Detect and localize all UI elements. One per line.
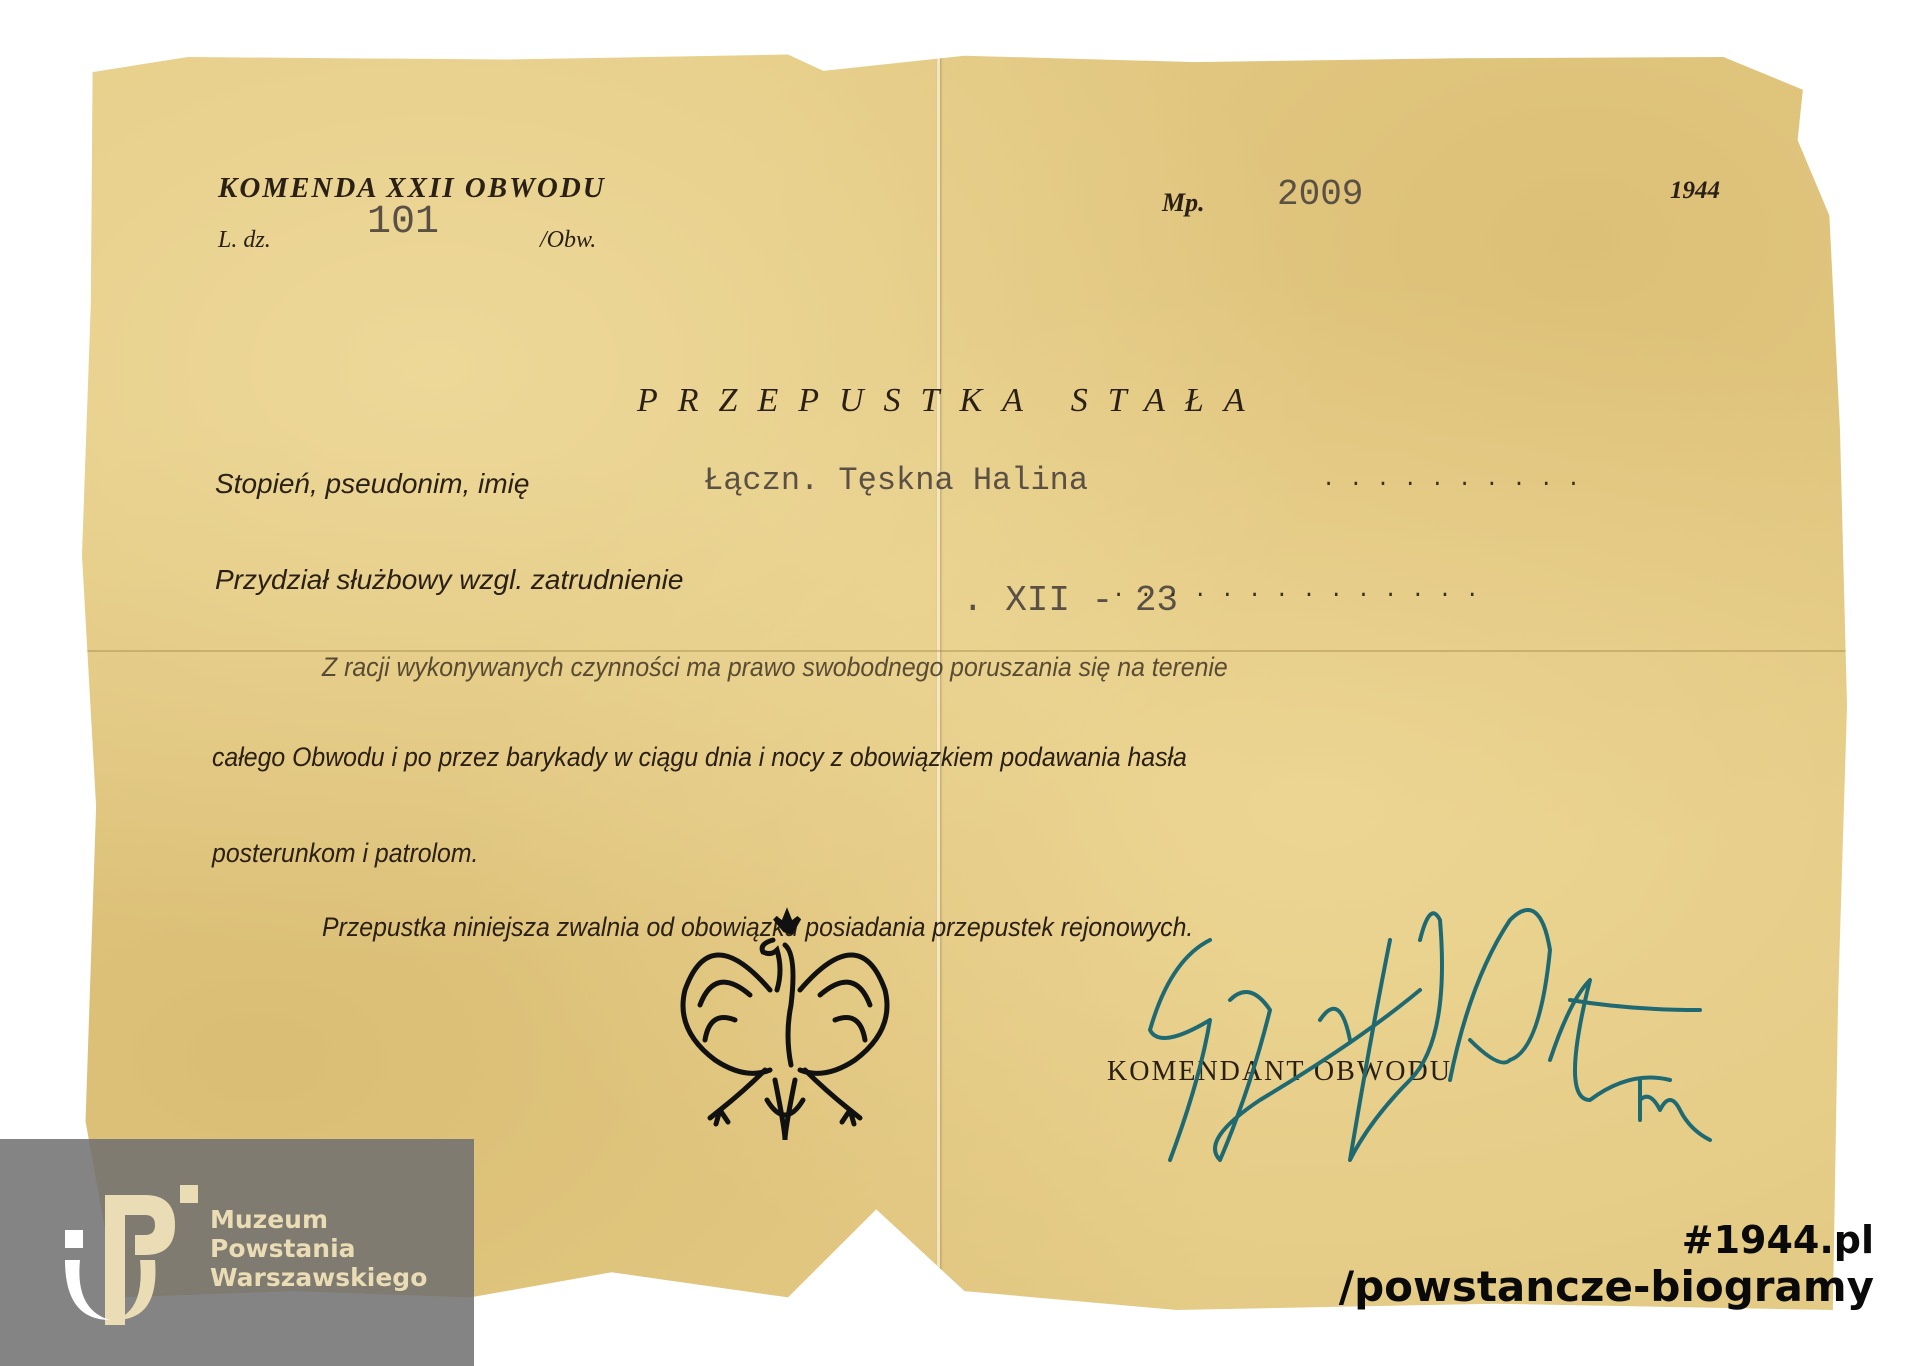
ldz-suffix: /Obw.	[540, 227, 596, 254]
field-assignment-dots: ..............	[1112, 578, 1493, 603]
signature-ink	[1080, 880, 1800, 1180]
field-rank-value: Łączn. Tęskna Halina	[704, 462, 1088, 499]
anchor-kotwica-logo-icon	[60, 1185, 200, 1325]
body-line-2: całego Obwodu i po przez barykady w ciąg…	[212, 742, 1187, 773]
document-title: PRZEPUSTKA STAŁA	[637, 382, 1265, 420]
place-label: Mp.	[1162, 188, 1205, 218]
site-tag: #1944.pl	[1682, 1218, 1874, 1262]
site-path-tag: /powstancze-biogramy	[1339, 1262, 1874, 1311]
field-rank-label: Stopień, pseudonim, imię	[215, 468, 529, 500]
field-rank-dots: ..........	[1322, 467, 1594, 492]
polish-eagle-icon	[655, 900, 915, 1160]
ldz-number: 101	[367, 200, 439, 245]
museum-name-line-2: Powstania	[210, 1234, 427, 1263]
ldz-label: L. dz.	[218, 227, 271, 254]
body-line-3: posterunkom i patrolom.	[212, 838, 478, 869]
place-number: 2009	[1277, 174, 1363, 215]
document-year: 1944	[1670, 177, 1720, 205]
body-line-1: Z racji wykonywanych czynności ma prawo …	[322, 652, 1228, 683]
museum-name-line-1: Muzeum	[210, 1205, 427, 1234]
field-assignment-label: Przydział służbowy wzgl. zatrudnienie	[215, 564, 683, 596]
museum-name-line-3: Warszawskiego	[210, 1263, 427, 1292]
museum-name: Muzeum Powstania Warszawskiego	[210, 1205, 427, 1292]
